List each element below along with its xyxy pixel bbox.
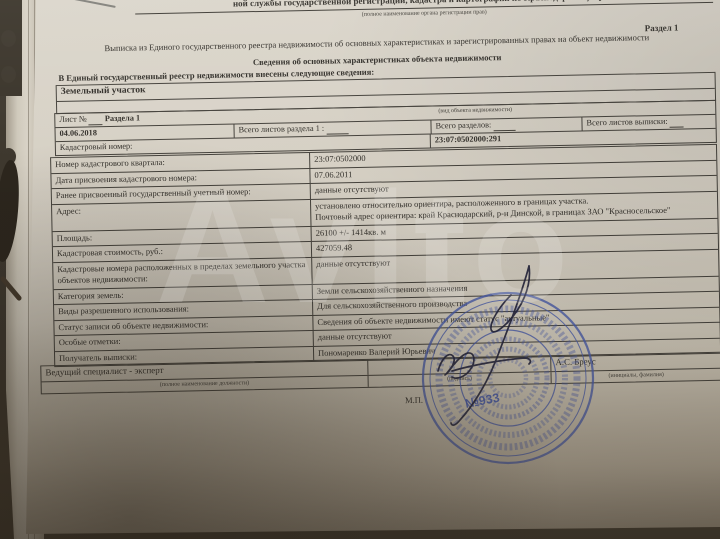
document-photo: ной службы государственной регистрации, … (0, 0, 720, 539)
watermark: Avito (20, 168, 710, 328)
